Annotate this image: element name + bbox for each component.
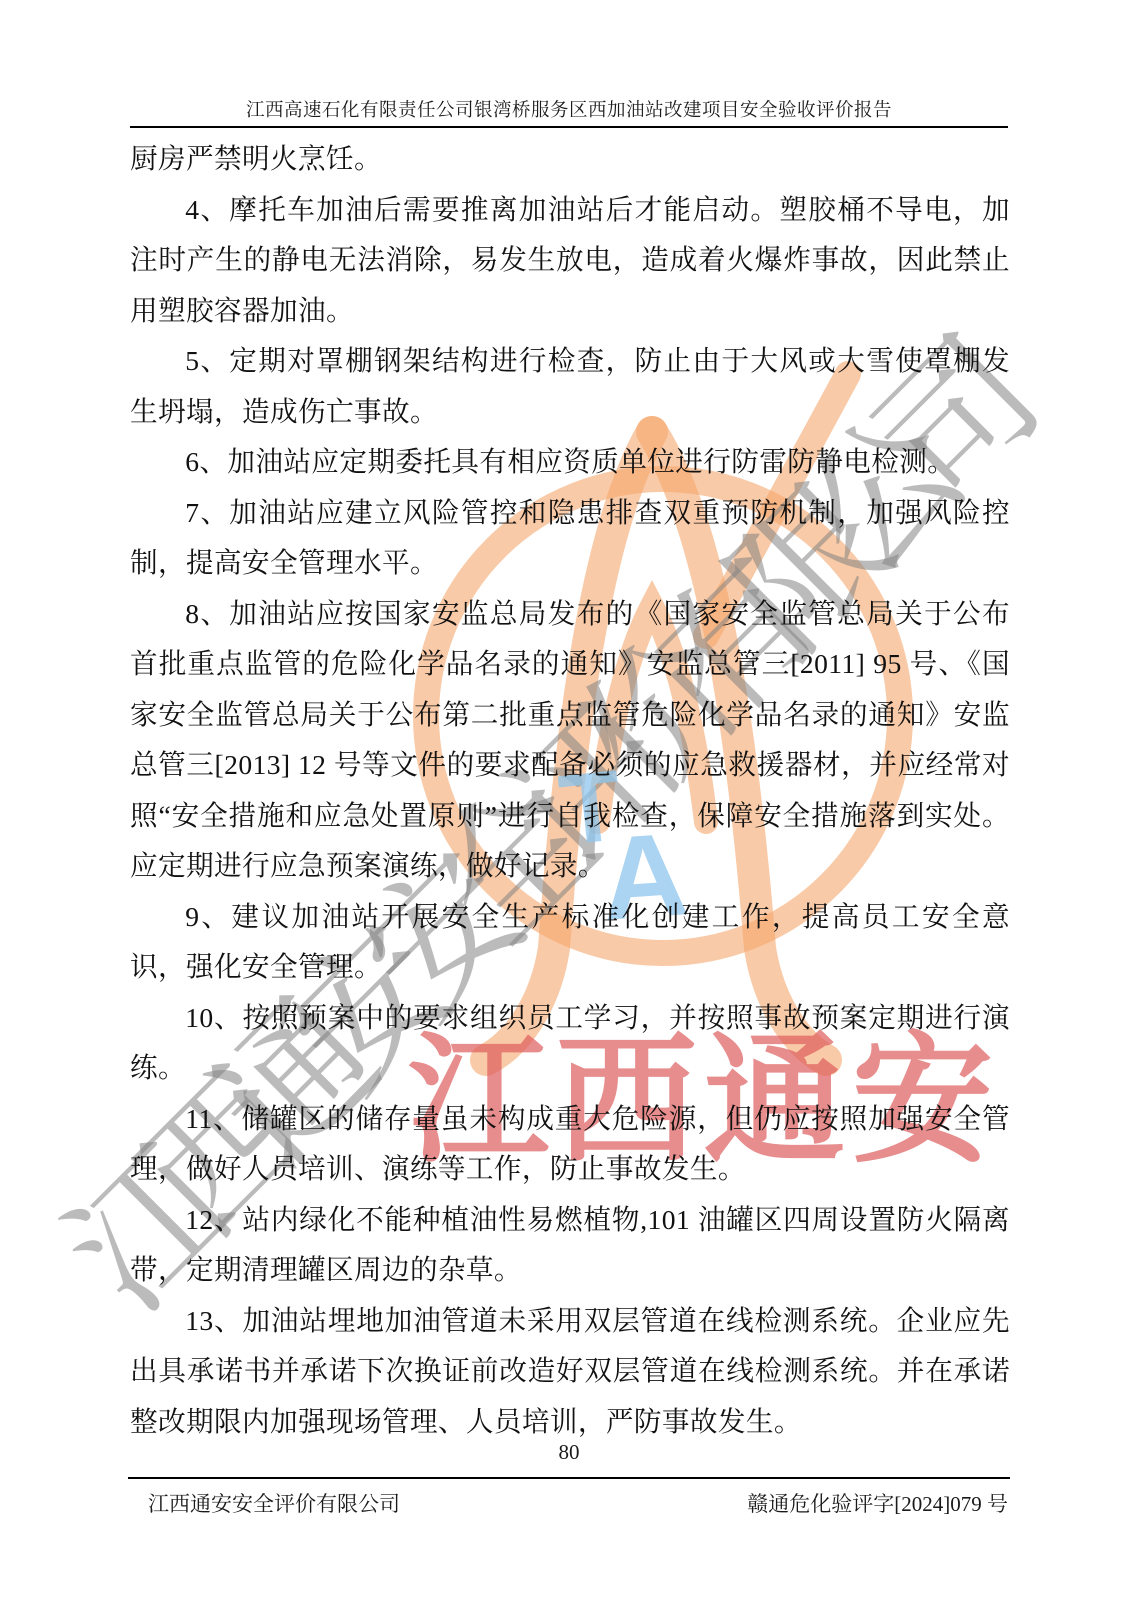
page-header-title: 江西高速石化有限责任公司银湾桥服务区西加油站改建项目安全验收评价报告 [130,96,1008,122]
report-page: 江西通安安全评价有限公司 T A 江西通安 江西高速石化有限责任公司银湾桥服务区… [0,0,1131,1600]
paragraph-continuation: 厨房严禁明火烹饪。 [130,134,1010,185]
report-body: 厨房严禁明火烹饪。 4、摩托车加油后需要推离加油站后才能启动。塑胶桶不导电，加注… [130,134,1010,1447]
header-rule [130,126,1008,128]
paragraph-item-12: 12、站内绿化不能种植油性易燃植物,101 油罐区四周设置防火隔离带，定期清理罐… [130,1195,1010,1296]
paragraph-item-5: 5、定期对罩棚钢架结构进行检查，防止由于大风或大雪使罩棚发生坍塌，造成伤亡事故。 [130,336,1010,437]
paragraph-item-8: 8、加油站应按国家安监总局发布的《国家安全监管总局关于公布首批重点监管的危险化学… [130,589,1010,892]
footer-rule [128,1477,1010,1479]
paragraph-item-7: 7、加油站应建立风险管控和隐患排查双重预防机制，加强风险控制，提高安全管理水平。 [130,488,1010,589]
paragraph-item-11: 11、储罐区的储存量虽未构成重大危险源，但仍应按照加强安全管理，做好人员培训、演… [130,1094,1010,1195]
paragraph-item-10: 10、按照预案中的要求组织员工学习，并按照事故预案定期进行演练。 [130,993,1010,1094]
page-number: 80 [130,1440,1008,1465]
paragraph-item-13: 13、加油站埋地加油管道未采用双层管道在线检测系统。企业应先出具承诺书并承诺下次… [130,1296,1010,1448]
paragraph-item-4: 4、摩托车加油后需要推离加油站后才能启动。塑胶桶不导电，加注时产生的静电无法消除… [130,185,1010,337]
footer-document-number: 赣通危化验评字[2024]079 号 [747,1488,1008,1518]
paragraph-item-9: 9、建议加油站开展安全生产标准化创建工作，提高员工安全意识，强化安全管理。 [130,892,1010,993]
paragraph-item-6: 6、加油站应定期委托具有相应资质单位进行防雷防静电检测。 [130,437,1010,488]
footer-company-name: 江西通安安全评价有限公司 [148,1488,400,1518]
